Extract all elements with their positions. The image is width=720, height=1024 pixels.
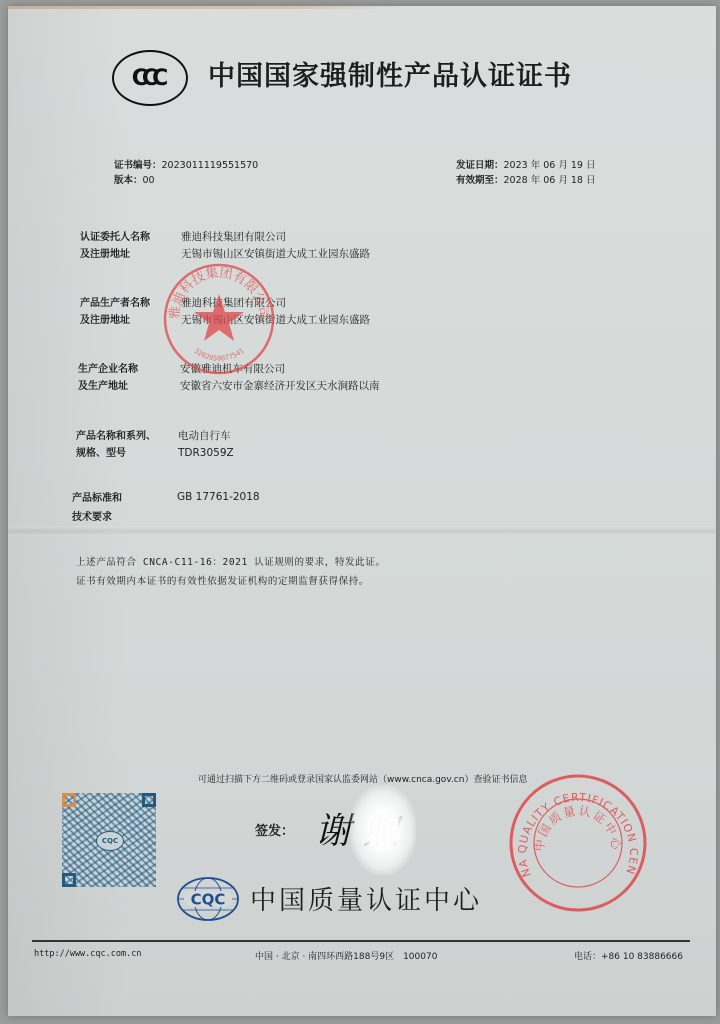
cqc-official-seal-icon: CHINA QUALITY CERTIFICATION CENTRE 中国质量认… xyxy=(508,773,648,913)
cert-number: 2023011119551570 xyxy=(162,160,259,171)
standard-label: 产品标准和技术要求 xyxy=(72,489,122,527)
cert-number-row: 证书编号：2023011119551570 xyxy=(114,158,258,173)
compliance-note-2: 证书有效期内本证书的有效性依据发证机构的定期监督获得保持。 xyxy=(76,572,385,591)
qr-finder-icon xyxy=(62,793,76,807)
applicant-value: 雅迪科技集团有限公司无锡市锡山区安镇街道大成工业园东盛路 xyxy=(181,229,370,263)
expiry-date: 2028 年 06 月 18 日 xyxy=(504,175,596,186)
applicant-name: 雅迪科技集团有限公司 xyxy=(181,229,370,246)
footer-address: 中国 · 北京 · 南四环西路188号9区 100070 xyxy=(255,949,437,962)
product-label-line1: 产品名称和系列、 xyxy=(76,428,156,445)
cert-meta-left: 证书编号：2023011119551570 版本：00 xyxy=(114,158,258,188)
product-label-line2: 规格、型号 xyxy=(76,445,156,462)
factory-label-line1: 生产企业名称 xyxy=(78,361,138,378)
qr-finder-icon xyxy=(62,873,76,887)
factory-label-line2: 及生产地址 xyxy=(78,378,138,395)
cert-meta-right: 发证日期：2023 年 06 月 19 日 有效期至：2028 年 06 月 1… xyxy=(456,158,595,188)
applicant-address: 无锡市锡山区安镇街道大成工业园东盛路 xyxy=(181,246,370,263)
cqc-globe-logo-icon: CQC xyxy=(176,876,240,922)
factory-address: 安徽省六安市金寨经济开发区天水涧路以南 xyxy=(180,378,380,395)
version-row: 版本：00 xyxy=(114,173,258,188)
expiry-date-row: 有效期至：2028 年 06 月 18 日 xyxy=(456,173,595,188)
manufacturer-label-line1: 产品生产者名称 xyxy=(80,295,150,312)
standard-label-line1: 产品标准和 xyxy=(72,489,122,508)
qr-finder-icon xyxy=(142,793,156,807)
product-model: TDR3059Z xyxy=(178,445,234,462)
factory-label: 生产企业名称及生产地址 xyxy=(78,361,138,395)
svg-text:CHINA QUALITY CERTIFICATION CE: CHINA QUALITY CERTIFICATION CENTRE xyxy=(508,773,640,879)
product-label: 产品名称和系列、规格、型号 xyxy=(76,428,156,462)
applicant-label-line2: 及注册地址 xyxy=(80,246,150,263)
certificate-title: 中国国家强制性产品认证证书 xyxy=(208,54,572,93)
applicant-label: 认证委托人名称及注册地址 xyxy=(80,229,150,263)
compliance-notes: 上述产品符合 CNCA-C11-16：2021 认证规则的要求，特发此证。 证书… xyxy=(76,553,385,591)
standard-code: GB 17761-2018 xyxy=(177,489,260,506)
issuer-name: 中国质量认证中心 xyxy=(250,880,482,917)
footer-website[interactable]: http://www.cqc.com.cn xyxy=(34,949,141,959)
svg-text:3202050077541: 3202050077541 xyxy=(192,347,245,363)
manufacturer-label: 产品生产者名称及注册地址 xyxy=(80,295,150,329)
compliance-note-1: 上述产品符合 CNCA-C11-16：2021 认证规则的要求，特发此证。 xyxy=(76,553,385,572)
footer-phone: 电话：+86 10 83886666 xyxy=(574,949,683,962)
svg-text:CQC: CQC xyxy=(191,891,226,909)
issue-date: 2023 年 06 月 19 日 xyxy=(504,160,596,171)
verification-instructions: 可通过扫描下方二维码或登录国家认监委网站（www.cnca.gov.cn）查验证… xyxy=(198,772,527,785)
ccc-logo-icon: CCC xyxy=(112,50,188,106)
applicant-label-line1: 认证委托人名称 xyxy=(80,229,150,246)
product-value: 电动自行车TDR3059Z xyxy=(178,428,234,462)
cert-number-label: 证书编号： xyxy=(114,160,162,171)
expiry-date-label: 有效期至： xyxy=(456,175,504,186)
footer-divider xyxy=(32,940,690,942)
version-value: 00 xyxy=(143,175,155,186)
signature-label: 签发： xyxy=(255,820,294,839)
version-label: 版本： xyxy=(114,175,143,186)
company-seal-icon: 雅迪科技集团有限公司 3202050077541 xyxy=(162,262,276,376)
standard-label-line2: 技术要求 xyxy=(72,508,122,527)
standard-value: GB 17761-2018 xyxy=(177,489,260,506)
issue-date-row: 发证日期：2023 年 06 月 19 日 xyxy=(456,158,595,173)
ccc-logo-text: CCC xyxy=(132,66,162,91)
manufacturer-label-line2: 及注册地址 xyxy=(80,312,150,329)
qr-center-logo: CQC xyxy=(96,831,124,851)
photo-glare xyxy=(350,785,416,875)
issue-date-label: 发证日期： xyxy=(456,160,504,171)
product-name: 电动自行车 xyxy=(178,428,234,445)
paper-fold xyxy=(8,526,716,536)
qr-code[interactable]: CQC xyxy=(62,793,156,887)
